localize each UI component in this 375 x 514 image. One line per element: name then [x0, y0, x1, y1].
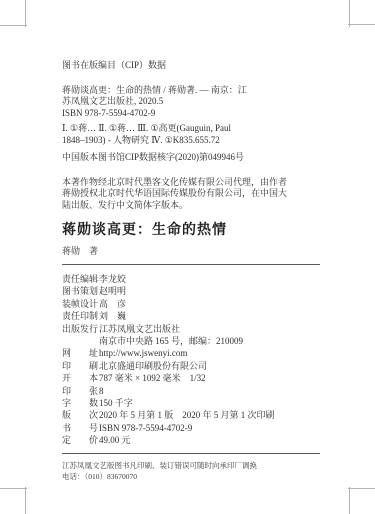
crop-mark-bottom-left-vertical	[25, 487, 26, 514]
colophon-row: 版 次2020 年 5 月第 1 版 2020 年 5 月第 1 次印刷	[62, 409, 320, 421]
colophon-row-address: 南京市中央路 165 号，邮编：210009	[62, 335, 320, 347]
license-note-line: 蒋勋授权北京时代华语国际传媒股份有限公司，在中国大	[62, 188, 320, 200]
colophon-row: 装帧设计高 彦	[62, 298, 320, 310]
crop-mark-bottom-right-vertical	[349, 487, 350, 514]
colophon-label: 书 号	[62, 422, 99, 434]
book-title: 蒋勋谈高更：生命的热情	[62, 221, 320, 240]
cip-classification-line: 1848–1903) - 人物研究 Ⅳ. ①K835.655.72	[62, 135, 320, 147]
book-author: 蒋勋 著	[62, 245, 320, 257]
colophon-row: 网 址http://www.jswenyi.com	[62, 347, 320, 359]
colophon-table: 责任编辑李龙姣 图书策划赵明明 装帧设计高 彦 责任印制刘 巍 出版发行江苏凤凰…	[62, 273, 320, 447]
colophon-row: 印 张8	[62, 385, 320, 397]
colophon-row: 书 号ISBN 978-7-5594-4702-9	[62, 422, 320, 434]
colophon-label: 印 张	[62, 385, 99, 397]
errata-footer-line: 江苏凤凰文艺版图书凡印刷、装订错误可随时向承印厂调换	[62, 460, 320, 471]
colophon-label: 版 次	[62, 409, 99, 421]
crop-mark-bottom-left-horizontal	[0, 488, 27, 489]
colophon-label: 印 刷	[62, 360, 99, 372]
colophon-label: 定 价	[62, 434, 99, 446]
colophon-value: 南京市中央路 165 号，邮编：210009	[99, 335, 243, 347]
colophon-label: 开 本	[62, 372, 99, 384]
crop-mark-top-right-horizontal	[348, 24, 375, 25]
colophon-row: 字 数150 千字	[62, 397, 320, 409]
colophon-label: 装帧设计	[62, 298, 99, 310]
colophon-value: 刘 巍	[99, 310, 126, 322]
colophon-row: 印 刷北京盛通印刷股份有限公司	[62, 360, 320, 372]
colophon-value: 150 千字	[99, 397, 133, 409]
cip-record-line: ISBN 978-7-5594-4702-9	[62, 108, 320, 120]
colophon-label: 责任印制	[62, 310, 99, 322]
divider-rule-bottom	[62, 453, 320, 454]
errata-footer-line: 电话：（010）83670070	[62, 471, 320, 482]
copyright-page: 图书在版编目（CIP）数据 蒋勋谈高更：生命的热情 / 蒋勋著. — 南京：江 …	[0, 0, 375, 514]
colophon-label: 出版发行	[62, 323, 99, 335]
colophon-label: 图书策划	[62, 285, 99, 297]
colophon-value: 8	[99, 385, 104, 397]
license-note: 本著作物经北京时代墨客文化传媒有限公司代理，由作者 蒋勋授权北京时代华语国际传媒…	[62, 177, 320, 212]
errata-footer: 江苏凤凰文艺版图书凡印刷、装订错误可随时向承印厂调换 电话：（010）83670…	[62, 460, 320, 482]
colophon-row: 图书策划赵明明	[62, 285, 320, 297]
colophon-value: 江苏凤凰文艺出版社	[99, 323, 180, 335]
cip-record-line: 蒋勋谈高更：生命的热情 / 蒋勋著. — 南京：江	[62, 85, 320, 97]
colophon-row: 责任印制刘 巍	[62, 310, 320, 322]
cip-record-line: 苏凤凰文艺出版社, 2020.5	[62, 96, 320, 108]
crop-mark-top-left-horizontal	[0, 25, 27, 26]
page-content: 图书在版编目（CIP）数据 蒋勋谈高更：生命的热情 / 蒋勋著. — 南京：江 …	[62, 60, 320, 482]
colophon-value: http://www.jswenyi.com	[99, 347, 187, 359]
license-note-line: 陆出版、发行中文简体字版本。	[62, 200, 320, 212]
colophon-row: 开 本787 毫米 × 1092 毫米 1/32	[62, 372, 320, 384]
cip-data-heading: 图书在版编目（CIP）数据	[62, 60, 320, 72]
crop-mark-bottom-right-horizontal	[348, 488, 375, 489]
colophon-label: 网 址	[62, 347, 99, 359]
colophon-row: 出版发行江苏凤凰文艺出版社	[62, 323, 320, 335]
colophon-value: 高 彦	[99, 298, 126, 310]
colophon-value: 49.00 元	[99, 434, 131, 446]
divider-rule-top	[62, 264, 320, 265]
crop-mark-top-right-vertical	[349, 0, 350, 27]
license-note-line: 本著作物经北京时代墨客文化传媒有限公司代理，由作者	[62, 177, 320, 189]
cip-record-block: 蒋勋谈高更：生命的热情 / 蒋勋著. — 南京：江 苏凤凰文艺出版社, 2020…	[62, 85, 320, 120]
colophon-row: 责任编辑李龙姣	[62, 273, 320, 285]
colophon-row: 定 价49.00 元	[62, 434, 320, 446]
colophon-value: ISBN 978-7-5594-4702-9	[99, 422, 192, 434]
colophon-label: 责任编辑	[62, 273, 99, 285]
colophon-value: 787 毫米 × 1092 毫米 1/32	[99, 372, 206, 384]
crop-mark-top-left-vertical	[25, 0, 26, 27]
colophon-value: 2020 年 5 月第 1 版 2020 年 5 月第 1 次印刷	[99, 409, 275, 421]
colophon-value: 赵明明	[99, 285, 126, 297]
cip-registration-number: 中国版本图书馆CIP数据核字(2020)第049946号	[62, 152, 320, 164]
colophon-label: 字 数	[62, 397, 99, 409]
colophon-value: 李龙姣	[99, 273, 126, 285]
cip-classification-line: Ⅰ. ①蒋… Ⅱ. ①蒋… Ⅲ. ①高更(Gauguin, Paul	[62, 123, 320, 135]
cip-classification-block: Ⅰ. ①蒋… Ⅱ. ①蒋… Ⅲ. ①高更(Gauguin, Paul 1848–…	[62, 123, 320, 146]
colophon-value: 北京盛通印刷股份有限公司	[99, 360, 207, 372]
